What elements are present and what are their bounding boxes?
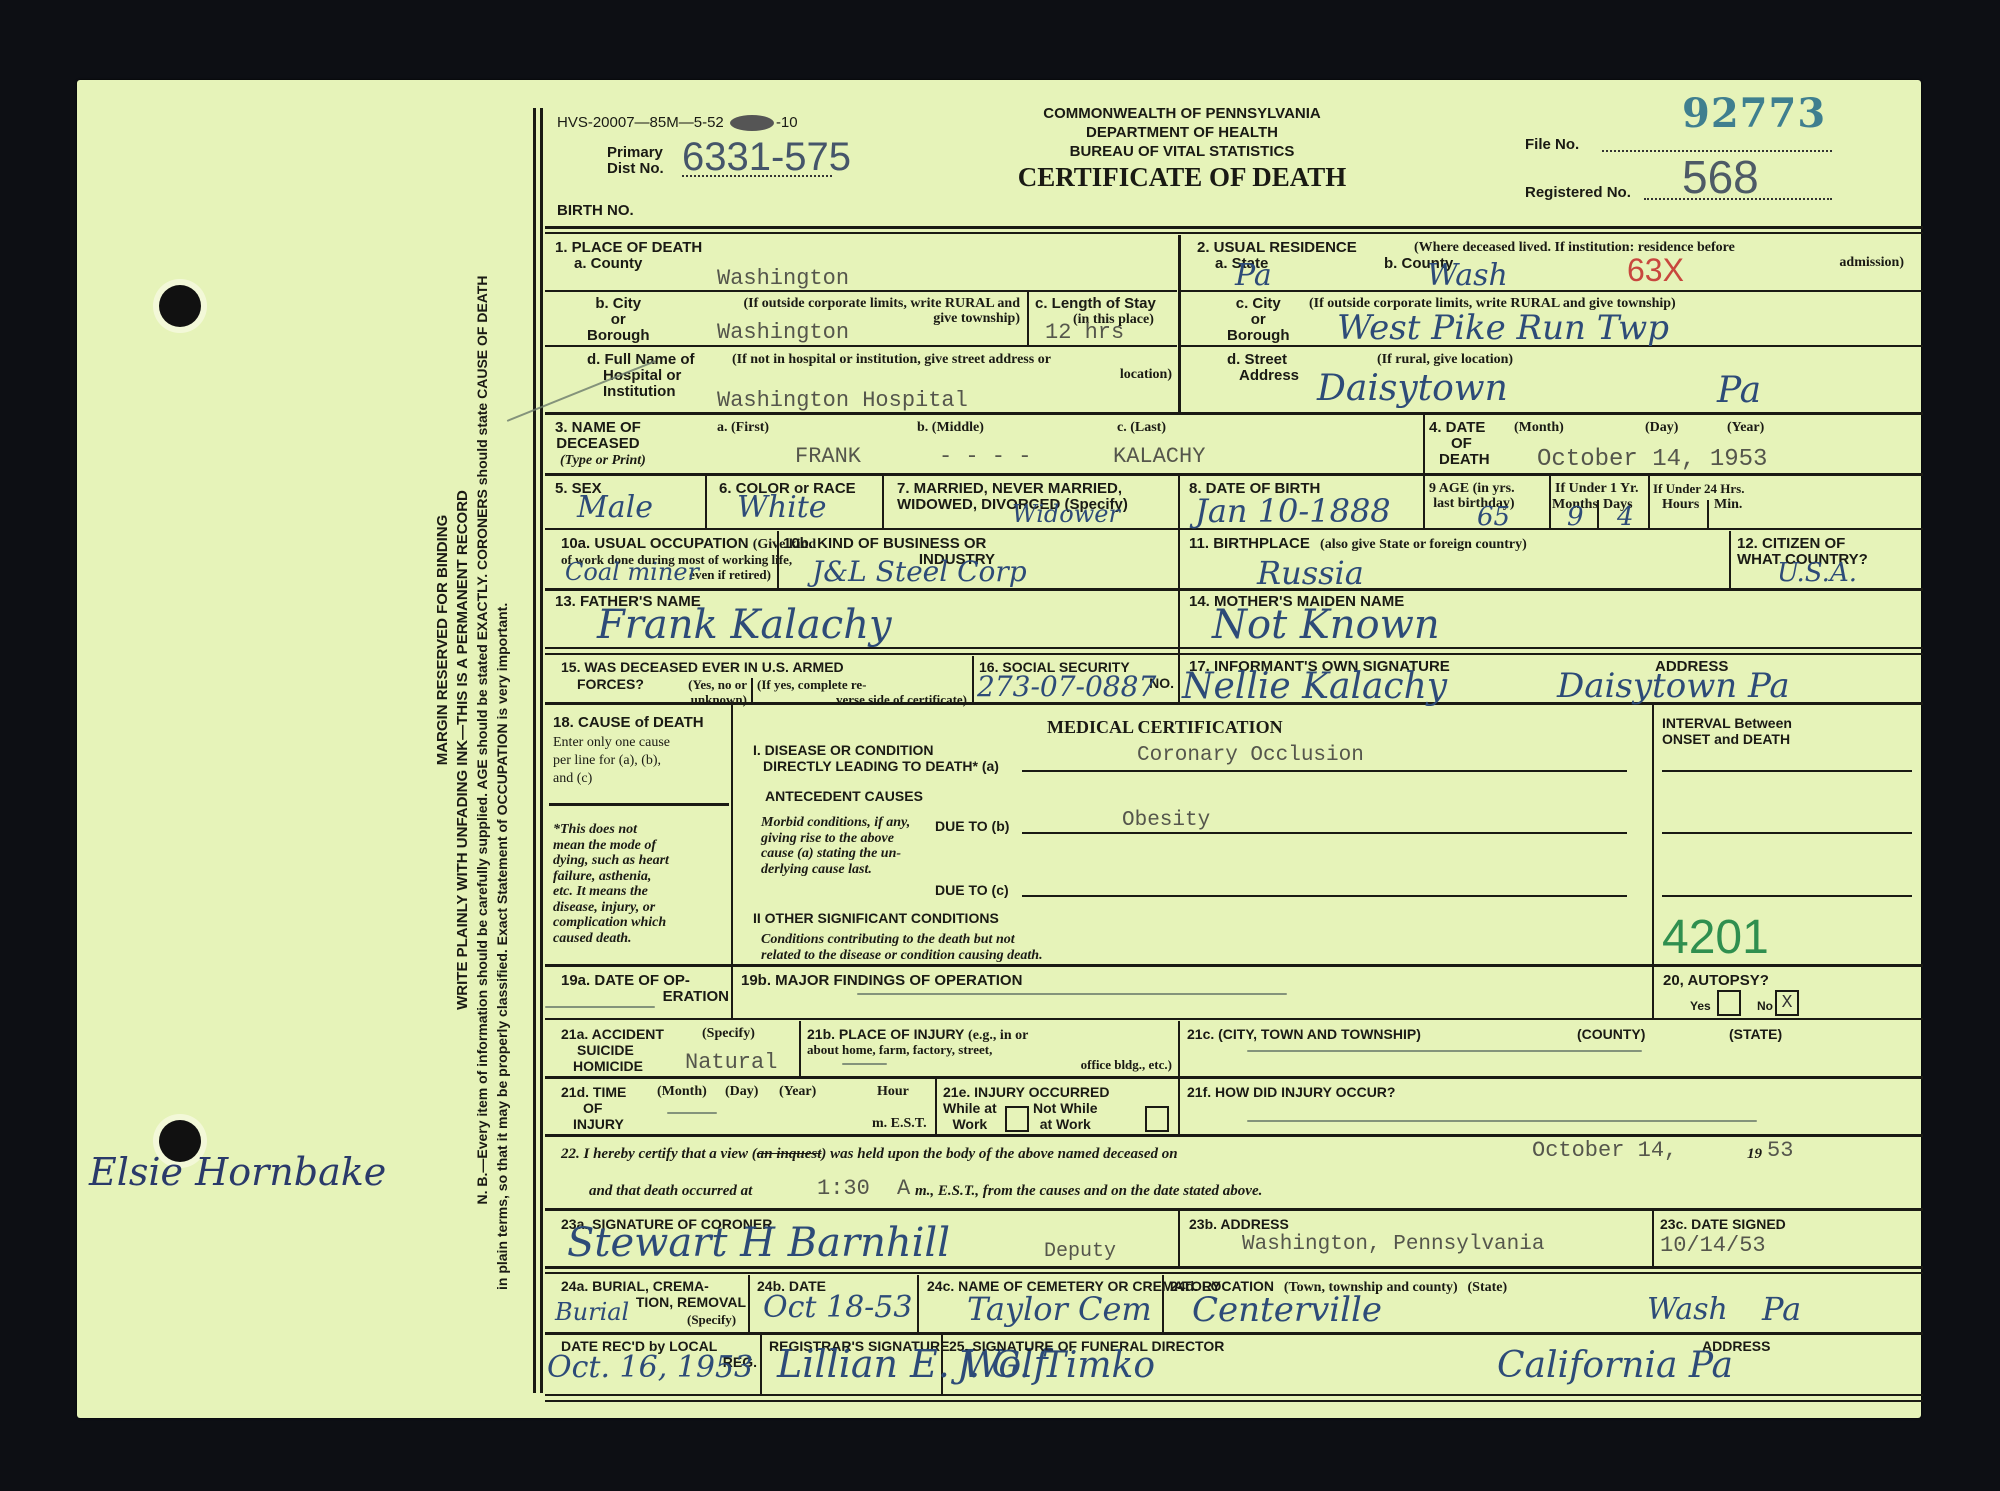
rule-sec-5 xyxy=(545,473,1923,476)
occupation-value: Coal miner xyxy=(565,558,699,586)
name-label: 3. NAME OF DECEASED xyxy=(555,420,641,452)
injury-county-label: (COUNTY) xyxy=(1577,1026,1645,1042)
res-city-value: West Pike Run Twp xyxy=(1337,308,1669,348)
manner-specify: (Specify) xyxy=(702,1026,755,1041)
how-injury-strike xyxy=(1247,1120,1757,1122)
certification-line-1: 22. I hereby certify that a view (an inq… xyxy=(561,1147,1178,1162)
cause-instructions-rule xyxy=(549,803,729,806)
res-city-label: c. City or Borough xyxy=(1227,296,1289,344)
divider-11-12 xyxy=(1729,531,1731,588)
hospital-hint: (If not in hospital or institution, give… xyxy=(732,352,1172,382)
operation-date-strike xyxy=(545,1006,655,1008)
while-at-work-label: While at Work xyxy=(943,1100,997,1132)
occupation-label: 10a. USUAL OCCUPATION (Give kind xyxy=(561,536,816,552)
dod-year-label: (Year) xyxy=(1727,420,1764,435)
divider-23a-23b xyxy=(1178,1211,1180,1266)
margin-line-1: MARGIN RESERVED FOR BINDING xyxy=(434,190,451,1090)
length-of-stay-value: 12 hrs xyxy=(1045,320,1124,345)
injury-time-month: (Month) xyxy=(657,1084,707,1099)
place-of-injury-hint: about home, farm, factory, street, offic… xyxy=(807,1042,1172,1072)
side-signature: Elsie Hornbake xyxy=(89,1150,386,1194)
pod-city-label: b. City or Borough xyxy=(587,296,649,344)
divider-7-8 xyxy=(1178,476,1180,588)
mother-value: Not Known xyxy=(1212,602,1440,648)
cemetery-value: Taylor Cem xyxy=(967,1290,1152,1328)
injury-time-label: 21d. TIME OF INJURY xyxy=(561,1084,626,1132)
death-time-value: 1:30 xyxy=(817,1176,870,1201)
coroner-title: Deputy xyxy=(1044,1240,1116,1263)
autopsy-no-checkbox[interactable]: X xyxy=(1775,990,1799,1016)
birthplace-value: Russia xyxy=(1257,554,1364,592)
margin-line-4: in plain terms, so that it may be proper… xyxy=(494,160,510,1305)
ssn-value: 273-07-0887 xyxy=(977,670,1156,703)
rule-sec-21d xyxy=(545,1076,1923,1079)
registered-no-value: 568 xyxy=(1682,150,1759,204)
hours-label: Hours xyxy=(1662,497,1699,512)
cause-b-line xyxy=(1022,832,1627,834)
first-name-value: FRANK xyxy=(795,444,861,469)
margin-line-3: N. B.—Every item of information should b… xyxy=(474,175,490,1305)
name-hint: (Type or Print) xyxy=(560,453,646,468)
res-street-hint: (If rural, give location) xyxy=(1377,352,1513,367)
rule-sec-21 xyxy=(545,1018,1923,1020)
last-name-value: KALACHY xyxy=(1113,444,1205,469)
res-county-value: Wash xyxy=(1427,258,1508,293)
certification-line-2-prefix: and that death occurred at xyxy=(589,1184,752,1199)
citizenship-value: U.S.A. xyxy=(1777,558,1857,588)
place-of-death-label: 1. PLACE OF DEATH xyxy=(555,240,702,256)
divider-18-interval xyxy=(1652,705,1654,965)
divider-16-17 xyxy=(1178,656,1180,703)
part2-hint: Conditions contributing to the death but… xyxy=(761,932,1043,963)
injury-state-label: (STATE) xyxy=(1729,1026,1782,1042)
certificate-title: CERTIFICATE OF DEATH xyxy=(982,162,1382,193)
divider-21d-21e xyxy=(935,1079,937,1135)
sex-value: Male xyxy=(577,490,653,525)
first-name-label: a. (First) xyxy=(717,420,769,435)
cause-footnote: *This does not mean the mode of dying, s… xyxy=(553,822,669,946)
header-rule-2 xyxy=(545,232,1923,234)
not-while-at-work-label: Not While at Work xyxy=(1033,1100,1098,1132)
cause-a-value: Coronary Occlusion xyxy=(1137,744,1364,767)
punch-hole-top xyxy=(159,285,201,327)
rule-sec-24 xyxy=(545,1266,1923,1269)
date-of-death-value: October 14, 1953 xyxy=(1537,446,1767,473)
injury-time-hour: Hour xyxy=(877,1084,909,1099)
race-value: White xyxy=(737,490,827,525)
certification-line-2-suffix: m., E.S.T., from the causes and on the d… xyxy=(915,1184,1262,1199)
pod-city-value: Washington xyxy=(717,320,849,345)
middle-name-label: b. (Middle) xyxy=(917,420,984,435)
morbid-hint: Morbid conditions, if any, giving rise t… xyxy=(761,815,910,877)
primary-dist-value: 6331-575 xyxy=(682,135,851,180)
divider-15-16 xyxy=(972,656,974,703)
rule-sec-13 xyxy=(545,588,1923,591)
date-signed-value: 10/14/53 xyxy=(1660,1233,1766,1258)
age-days-value: 4 xyxy=(1617,502,1634,532)
registered-no-label: Registered No. xyxy=(1525,185,1631,201)
interval-c-line xyxy=(1662,895,1912,897)
divider-1b-1c xyxy=(1027,290,1029,345)
injury-occurred-label: 21e. INJURY OCCURRED xyxy=(943,1084,1110,1100)
burial-location-county: Wash xyxy=(1647,1292,1728,1327)
divider-23b-23c xyxy=(1652,1211,1654,1266)
pod-county-value: Washington xyxy=(717,266,849,291)
manner-value: Natural xyxy=(685,1050,777,1075)
rule-sec-reg xyxy=(545,1332,1923,1335)
divider-21a-21b xyxy=(799,1021,801,1077)
divider-21b-21c xyxy=(1178,1021,1180,1077)
form-code: HVS-20007—85M—5-52 -10 xyxy=(557,115,798,131)
informant-address-value: Daisytown Pa xyxy=(1557,666,1790,706)
interval-a-line xyxy=(1662,770,1912,772)
divider-8-9 xyxy=(1423,476,1425,528)
pod-county-label: a. County xyxy=(574,256,642,272)
father-value: Frank Kalachy xyxy=(597,602,892,648)
dod-month-label: (Month) xyxy=(1514,420,1564,435)
manner-label: 21a. ACCIDENT SUICIDE HOMICIDE xyxy=(561,1026,664,1074)
union-label-icon xyxy=(730,115,774,131)
autopsy-yes-checkbox[interactable] xyxy=(1717,990,1741,1016)
date-of-death-label: 4. DATE OF DEATH xyxy=(1429,420,1490,468)
due-to-b-label: DUE TO (b) xyxy=(935,818,1009,834)
divider-1-2 xyxy=(1178,235,1181,413)
burial-location-state: Pa xyxy=(1762,1290,1801,1328)
injury-time-strike xyxy=(667,1112,717,1114)
certificate-paper: Elsie Hornbake MARGIN RESERVED FOR BINDI… xyxy=(77,80,1921,1418)
issuer-line-3: BUREAU OF VITAL STATISTICS xyxy=(1017,144,1347,160)
under1-label: If Under 1 Yr. xyxy=(1555,481,1639,496)
burial-type-specify: (Specify) xyxy=(687,1312,736,1327)
view-date-value: October 14, xyxy=(1532,1138,1677,1163)
not-while-at-work-checkbox[interactable] xyxy=(1145,1106,1169,1132)
under24-label: If Under 24 Hrs. xyxy=(1653,481,1744,496)
min-label: Min. xyxy=(1714,497,1742,512)
issuer-line-2: DEPARTMENT OF HEALTH xyxy=(1017,125,1347,141)
res-street-label: d. Street Address xyxy=(1227,352,1299,384)
cause-c-line xyxy=(1022,895,1627,897)
rule-sec-24b xyxy=(545,1272,1923,1274)
divider-24a-24b xyxy=(748,1275,750,1332)
injury-location-label: 21c. (CITY, TOWN AND TOWNSHIP) xyxy=(1187,1026,1421,1042)
last-name-label: c. (Last) xyxy=(1117,420,1166,435)
antecedent-label: ANTECEDENT CAUSES xyxy=(765,788,923,804)
burial-date-value: Oct 18-53 xyxy=(763,1290,912,1325)
cause-label: 18. CAUSE of DEATH xyxy=(553,715,704,731)
divider-6-7 xyxy=(882,476,884,528)
armed-forces-label: 15. WAS DECEASED EVER IN U.S. ARMED xyxy=(561,659,844,675)
rule-2a xyxy=(1181,290,1923,292)
res-street-state: Pa xyxy=(1717,370,1761,411)
hospital-label: d. Full Name of Hospital or Institution xyxy=(587,352,695,400)
burial-location-value: Centerville xyxy=(1192,1290,1382,1330)
age-years-value: 65 xyxy=(1477,502,1510,532)
cause-code-annotation: 4201 xyxy=(1662,910,1769,965)
view-year-value: 53 xyxy=(1767,1138,1793,1163)
coroner-address-value: Washington, Pennsylvania xyxy=(1242,1233,1544,1256)
operation-findings-strike xyxy=(857,993,1287,995)
middle-name-value: - - - - xyxy=(939,444,1031,469)
form-left-border xyxy=(533,108,536,1393)
cause-instructions: Enter only one cause per line for (a), (… xyxy=(553,734,670,788)
date-signed-label: 23c. DATE SIGNED xyxy=(1660,1216,1786,1232)
while-at-work-checkbox[interactable] xyxy=(1005,1106,1029,1132)
divider-24b-24c xyxy=(917,1275,919,1332)
rule-bottom-1 xyxy=(545,1394,1923,1396)
operation-date-label: 19a. DATE OF OP- ERATION xyxy=(561,973,729,1005)
divider-15-hints xyxy=(751,678,753,703)
date-received-value: Oct. 16, 1953 xyxy=(547,1350,753,1385)
divider-21e-21f xyxy=(1178,1079,1180,1135)
birthplace-label: 11. BIRTHPLACE (also give State or forei… xyxy=(1189,536,1527,552)
injury-location-strike xyxy=(1247,1050,1642,1052)
file-no-stamp: 92773 xyxy=(1682,90,1826,137)
part2-label: II OTHER SIGNIFICANT CONDITIONS xyxy=(753,910,999,926)
divider-reg-date xyxy=(760,1335,762,1395)
birth-date-value: Jan 10-1888 xyxy=(1195,492,1391,530)
medical-certification-title: MEDICAL CERTIFICATION xyxy=(1047,717,1283,738)
rule-1b xyxy=(545,345,1177,347)
place-of-injury-label: 21b. PLACE OF INJURY (e.g., in or xyxy=(807,1026,1028,1043)
autopsy-label: 20, AUTOPSY? xyxy=(1663,973,1769,989)
form-left-border-inner xyxy=(540,108,543,1393)
interval-label: INTERVAL Between ONSET and DEATH xyxy=(1662,715,1792,747)
issuer-line-1: COMMONWEALTH OF PENNSYLVANIA xyxy=(1017,106,1347,122)
usual-residence-label: 2. USUAL RESIDENCE xyxy=(1197,240,1357,256)
divider-days-hours xyxy=(1648,476,1650,528)
rule-sec-15 xyxy=(545,653,1923,655)
rule-bottom-2 xyxy=(545,1400,1923,1402)
part1-label: I. DISEASE OR CONDITION DIRECTLY LEADING… xyxy=(753,742,999,774)
margin-line-2: WRITE PLAINLY WITH UNFADING INK—THIS IS … xyxy=(454,250,471,1250)
armed-forces-hint-a: (Yes, no or unknown) xyxy=(642,677,747,707)
due-to-c-label: DUE TO (c) xyxy=(935,882,1009,898)
cause-a-line xyxy=(1022,770,1627,772)
length-of-stay-label: c. Length of Stay xyxy=(1035,296,1156,312)
header-rule xyxy=(545,226,1923,229)
divider-3-4 xyxy=(1423,415,1425,473)
divider-9-months xyxy=(1549,476,1551,528)
view-year-prefix: 19 xyxy=(1747,1147,1762,1162)
funeral-director-value: J. G. Timko xyxy=(957,1345,1155,1386)
armed-forces-hint-b: (If yes, complete re- verse side of cert… xyxy=(757,677,967,707)
autopsy-yes-label: Yes xyxy=(1690,998,1711,1014)
age-months-value: 9 xyxy=(1567,502,1584,532)
armed-forces-label-2: FORCES? xyxy=(577,676,644,692)
am-pm-value: A xyxy=(897,1176,910,1201)
cause-b-value: Obesity xyxy=(1122,809,1210,832)
coroner-signature-value: Stewart H Barnhill xyxy=(567,1220,950,1266)
divider-hours-min xyxy=(1707,500,1709,528)
place-of-injury-strike xyxy=(842,1063,887,1065)
divider-19b-20 xyxy=(1652,967,1654,1019)
file-no-label: File No. xyxy=(1525,137,1579,153)
birth-no-label: BIRTH NO. xyxy=(557,203,634,219)
rule-1a xyxy=(545,290,1177,292)
how-injury-label: 21f. HOW DID INJURY OCCUR? xyxy=(1187,1084,1395,1100)
rule-sec-23 xyxy=(545,1208,1923,1211)
res-state-value: Pa xyxy=(1235,258,1272,293)
interval-b-line xyxy=(1662,832,1912,834)
divider-19a-19b xyxy=(731,967,733,1019)
business-value: J&L Steel Corp xyxy=(812,555,1027,588)
injury-time-day: (Day) xyxy=(725,1084,758,1099)
marital-value: Widower xyxy=(1012,500,1120,528)
informant-value: Nellie Kalachy xyxy=(1182,666,1447,707)
injury-time-est: m. E.S.T. xyxy=(872,1116,927,1131)
operation-findings-label: 19b. MAJOR FINDINGS OF OPERATION xyxy=(741,973,1022,989)
hospital-value: Washington Hospital xyxy=(717,388,968,413)
funeral-director-address-value: California Pa xyxy=(1497,1345,1733,1386)
autopsy-no-label: No xyxy=(1757,998,1773,1014)
primary-dist-label: Primary Dist No. xyxy=(607,145,664,177)
burial-type-value: Burial xyxy=(555,1298,629,1326)
res-street-value: Daisytown xyxy=(1317,368,1508,409)
res-code-annotation: 63X xyxy=(1627,252,1684,289)
injury-time-year: (Year) xyxy=(779,1084,816,1099)
divider-18-left xyxy=(731,705,733,965)
divider-5-6 xyxy=(705,476,707,528)
dod-day-label: (Day) xyxy=(1645,420,1678,435)
rule-sec-22 xyxy=(545,1134,1923,1137)
coroner-address-label: 23b. ADDRESS xyxy=(1189,1216,1289,1232)
